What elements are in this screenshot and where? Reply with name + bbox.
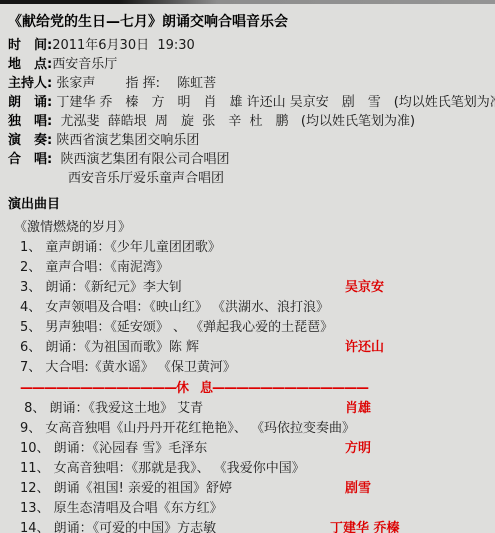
item-text: 6、 朗诵：《为祖国而歌》陈 辉 (20, 340, 199, 355)
program-item: 6、 朗诵：《为祖国而歌》陈 辉许还山 (20, 338, 489, 358)
item-text: 12、 朗诵《祖国! 亲爱的祖国》舒婷 (20, 481, 232, 496)
info-label: 地 点: (8, 57, 52, 72)
performer-name: 方明 (345, 439, 371, 459)
program-list: 1、 童声朗诵：《少年儿童团团歌》 2、 童声合唱：《南泥湾》 3、 朗诵：《新… (8, 238, 489, 533)
item-text: 10、 朗诵：《沁园春 雪》毛泽东 (20, 441, 207, 456)
program-item: 13、 原生态清唱及合唱《东方红》 (20, 499, 489, 519)
program-heading: 演出曲目 (8, 195, 489, 214)
program-item: 3、 朗诵：《新纪元》李大钊吴京安 (20, 278, 489, 298)
item-text: 13、 原生态清唱及合唱《东方红》 (20, 501, 223, 516)
info-label: 时 间: (8, 38, 52, 53)
performer-name: 吴京安 (345, 278, 384, 298)
concert-program-page: 《献给党的生日—七月》朗诵交响合唱音乐会 时 间:2011年6月30日 19:3… (0, 0, 495, 533)
info-label: 朗 诵: (8, 95, 52, 110)
info-label: 合 唱: (8, 152, 52, 167)
info-line-soloists: 独 唱: 尤泓斐 薛皓垠 周 旋 张 辛 杜 鹏 (均以姓氏笔划为准) (8, 112, 489, 131)
info-line-orchestra: 演 奏: 陕西省演艺集团交响乐团 (8, 131, 489, 150)
suite-title: 《激情燃烧的岁月》 (8, 218, 489, 237)
info-line-reciters: 朗 诵: 丁建华 乔 榛 方 明 肖 雄 许还山 吴京安 剧 雪 (均以姓氏笔划… (8, 93, 489, 112)
program-item: 14、 朗诵：《可爱的中国》方志敏丁建华 乔榛 (20, 519, 489, 533)
program-item: 10、 朗诵：《沁园春 雪》毛泽东方明 (20, 439, 489, 459)
program-item: 7、 大合唱:《黄水谣》 《保卫黄河》 (20, 358, 489, 378)
info-line-host-conductor: 主持人: 张家声 指 挥: 陈虹菩 (8, 74, 489, 93)
info-value: 陕西省演艺集团交响乐团 (52, 133, 199, 148)
item-text: 8、 朗诵：《我爱这土地》 艾青 (20, 401, 203, 416)
info-line-venue: 地 点:西安音乐厅 (8, 55, 489, 74)
item-text: 5、 男声独唱：《延安颂》 、 《弹起我心爱的土琵琶》 (20, 320, 333, 335)
info-value: 西安音乐厅爱乐童声合唱团 (68, 171, 224, 186)
info-value: 尤泓斐 薛皓垠 周 旋 张 辛 杜 鹏 (均以姓氏笔划为准) (52, 114, 415, 129)
page-content: 《献给党的生日—七月》朗诵交响合唱音乐会 时 间:2011年6月30日 19:3… (0, 4, 495, 533)
item-text: 3、 朗诵：《新纪元》李大钊 (20, 280, 182, 295)
page-title: 《献给党的生日—七月》朗诵交响合唱音乐会 (8, 12, 489, 32)
program-item: 8、 朗诵：《我爱这土地》 艾青肖雄 (20, 399, 489, 419)
program-item: 11、 女高音独唱：《那就是我》、 《我爱你中国》 (20, 459, 489, 479)
info-label: 演 奏: (8, 133, 52, 148)
info-line-chorus: 合 唱: 陕西演艺集团有限公司合唱团 (8, 150, 489, 169)
info-label: 独 唱: (8, 114, 52, 129)
program-item: 9、 女高音独唱《山丹丹开花红艳艳》、 《玛依拉变奏曲》 (20, 419, 489, 439)
item-text: 7、 大合唱:《黄水谣》 《保卫黄河》 (20, 360, 236, 375)
event-info: 时 间:2011年6月30日 19:30 地 点:西安音乐厅 主持人: 张家声 … (8, 36, 489, 188)
program-item: 2、 童声合唱：《南泥湾》 (20, 258, 489, 278)
info-value: 2011年6月30日 19:30 (52, 38, 195, 53)
program-item: 1、 童声朗诵：《少年儿童团团歌》 (20, 238, 489, 258)
info-value: 陕西演艺集团有限公司合唱团 (52, 152, 229, 167)
program-item: 4、 女声领唱及合唱：《映山红》 《洪湖水、浪打浪》 (20, 298, 489, 318)
info-value: 丁建华 乔 榛 方 明 肖 雄 许还山 吴京安 剧 雪 (均以姓氏笔划为准) (52, 95, 495, 110)
item-text: 11、 女高音独唱：《那就是我》、 《我爱你中国》 (20, 461, 305, 476)
info-value: 西安音乐厅 (52, 57, 117, 72)
item-text: 2、 童声合唱：《南泥湾》 (20, 260, 169, 275)
program-item: 12、 朗诵《祖国! 亲爱的祖国》舒婷剧雪 (20, 479, 489, 499)
info-value: 张家声 指 挥: 陈虹菩 (52, 76, 216, 91)
item-text: 9、 女高音独唱《山丹丹开花红艳艳》、 《玛依拉变奏曲》 (20, 421, 355, 436)
performer-name: 许还山 (345, 338, 384, 358)
item-text: 4、 女声领唱及合唱：《映山红》 《洪湖水、浪打浪》 (20, 300, 329, 315)
item-text: 14、 朗诵：《可爱的中国》方志敏 (20, 521, 216, 533)
item-text: 1、 童声朗诵：《少年儿童团团歌》 (20, 240, 221, 255)
info-label: 主持人: (8, 76, 52, 91)
info-line-time: 时 间:2011年6月30日 19:30 (8, 36, 489, 55)
program-item: 5、 男声独唱：《延安颂》 、 《弹起我心爱的土琵琶》 (20, 318, 489, 338)
performer-name: 丁建华 乔榛 (330, 519, 400, 533)
performer-name: 肖雄 (345, 399, 371, 419)
performer-name: 剧雪 (345, 479, 371, 499)
intermission-divider: —————————————休 息————————————— (20, 378, 489, 399)
info-line-chorus-2: 西安音乐厅爱乐童声合唱团 (8, 169, 489, 188)
